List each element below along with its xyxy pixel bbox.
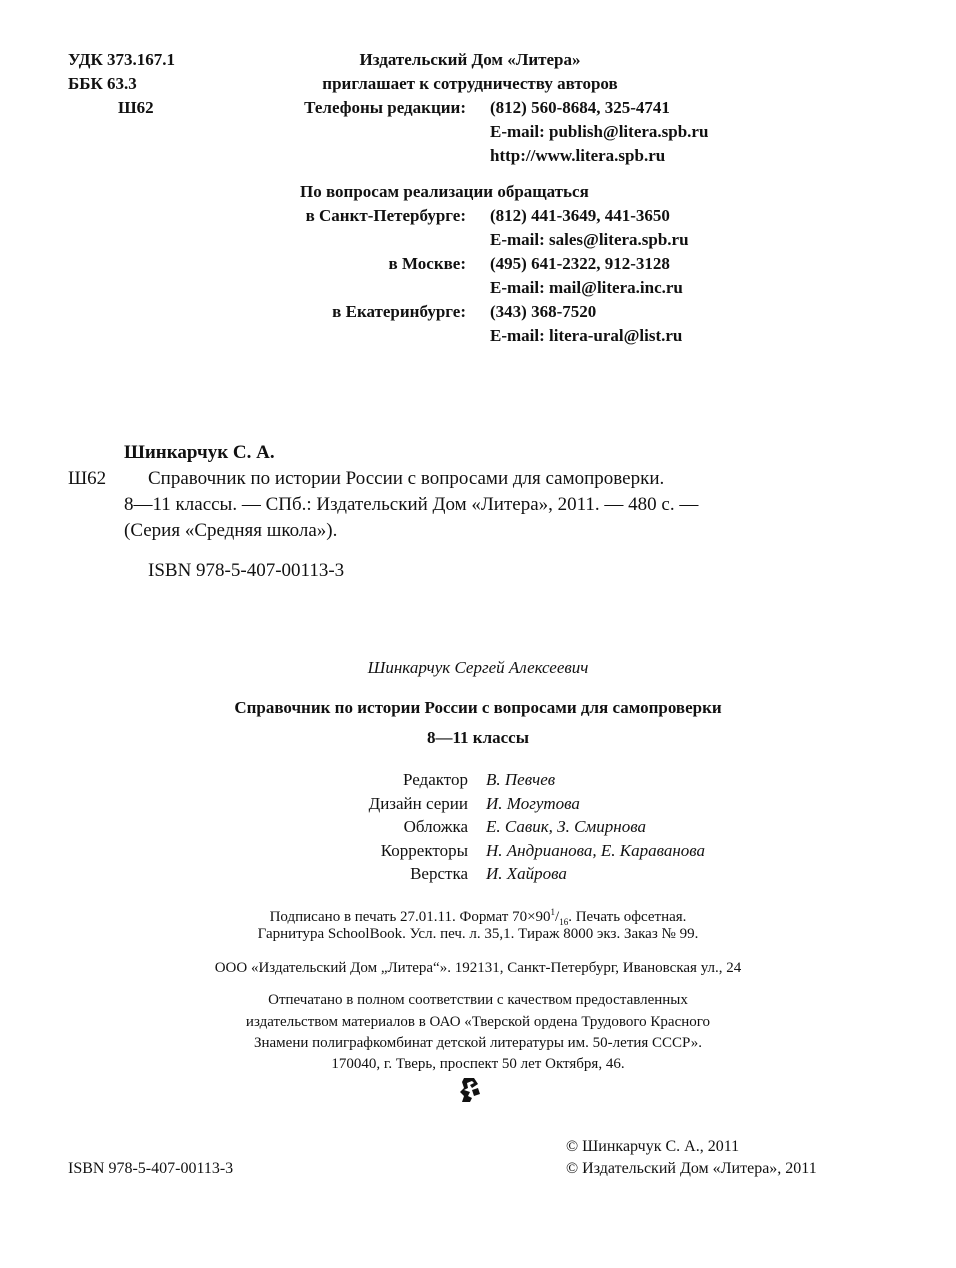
biblio-mark: Ш62	[68, 466, 106, 492]
copyright-author: © Шинкарчук С. А., 2011	[566, 1136, 739, 1158]
printer-line: издательством материалов в ОАО «Тверской…	[0, 1012, 956, 1033]
phones-label: Телефоны редакции:	[206, 96, 466, 120]
biblio-author: Шинкарчук С. А.	[124, 440, 275, 466]
footer-isbn: ISBN 978-5-407-00113-3	[68, 1158, 233, 1180]
biblio-details-line: 8—11 классы. — СПб.: Издательский Дом «Л…	[124, 492, 698, 518]
credit-role: Корректоры	[268, 839, 468, 863]
city-phone-ekb: (343) 368-7520	[490, 300, 596, 324]
printer-line: Знамени полиграфкомбинат детской литерат…	[0, 1033, 956, 1054]
credit-role: Верстка	[268, 862, 468, 886]
print-details-line: Гарнитура SchoolBook. Усл. печ. л. 35,1.…	[0, 924, 956, 945]
printer-line: Отпечатано в полном соответствии с качес…	[0, 990, 956, 1011]
editorial-email[interactable]: E-mail: publish@litera.spb.ru	[490, 120, 708, 144]
invite-line: приглашает к сотрудничеству авторов	[270, 72, 670, 96]
city-label-spb: в Санкт-Петербурге:	[206, 204, 466, 228]
printer-line: 170040, г. Тверь, проспект 50 лет Октябр…	[0, 1054, 956, 1075]
city-email-ekb[interactable]: E-mail: litera-ural@list.ru	[490, 324, 682, 348]
credit-name: Е. Савик, З. Смирнова	[486, 815, 646, 839]
city-phone-moscow: (495) 641-2322, 912-3128	[490, 252, 670, 276]
publisher-address: ООО «Издательский Дом „Литера“». 192131,…	[0, 958, 956, 979]
biblio-series-line: (Серия «Средняя школа»).	[124, 518, 337, 544]
copyright-publisher: © Издательский Дом «Литера», 2011	[566, 1158, 817, 1180]
author-mark: Ш62	[118, 96, 154, 120]
biblio-title-line: Справочник по истории России с вопросами…	[148, 466, 664, 492]
book-grades: 8—11 классы	[0, 726, 956, 750]
udk-code: УДК 373.167.1	[68, 48, 175, 72]
credit-name: И. Могутова	[486, 792, 580, 816]
website-link[interactable]: http://www.litera.spb.ru	[490, 144, 665, 168]
credit-role: Дизайн серии	[268, 792, 468, 816]
city-email-moscow[interactable]: E-mail: mail@litera.inc.ru	[490, 276, 683, 300]
print-signed-text: Подписано в печать 27.01.11. Формат 70×9…	[270, 909, 551, 925]
editorial-phones: (812) 560-8684, 325-4741	[490, 96, 670, 120]
credit-name: Н. Андрианова, Е. Караванова	[486, 839, 705, 863]
book-title: Справочник по истории России с вопросами…	[0, 696, 956, 720]
format-sup: 1	[551, 907, 556, 917]
city-label-ekb: в Екатеринбурге:	[206, 300, 466, 324]
sales-heading: По вопросам реализации обращаться	[300, 180, 589, 204]
bbk-code: ББК 63.3	[68, 72, 137, 96]
credit-role: Редактор	[268, 768, 468, 792]
print-type-text: . Печать офсетная.	[568, 909, 686, 925]
credit-name: И. Хайрова	[486, 862, 567, 886]
printer-logo-icon	[456, 1076, 482, 1104]
credit-role: Обложка	[268, 815, 468, 839]
city-phone-spb: (812) 441-3649, 441-3650	[490, 204, 670, 228]
author-full-name: Шинкарчук Сергей Алексеевич	[0, 656, 956, 680]
credit-name: В. Певчев	[486, 768, 555, 792]
city-label-moscow: в Москве:	[206, 252, 466, 276]
city-email-spb[interactable]: E-mail: sales@litera.spb.ru	[490, 228, 689, 252]
publisher-name: Издательский Дом «Литера»	[270, 48, 670, 72]
biblio-isbn: ISBN 978-5-407-00113-3	[148, 558, 344, 584]
